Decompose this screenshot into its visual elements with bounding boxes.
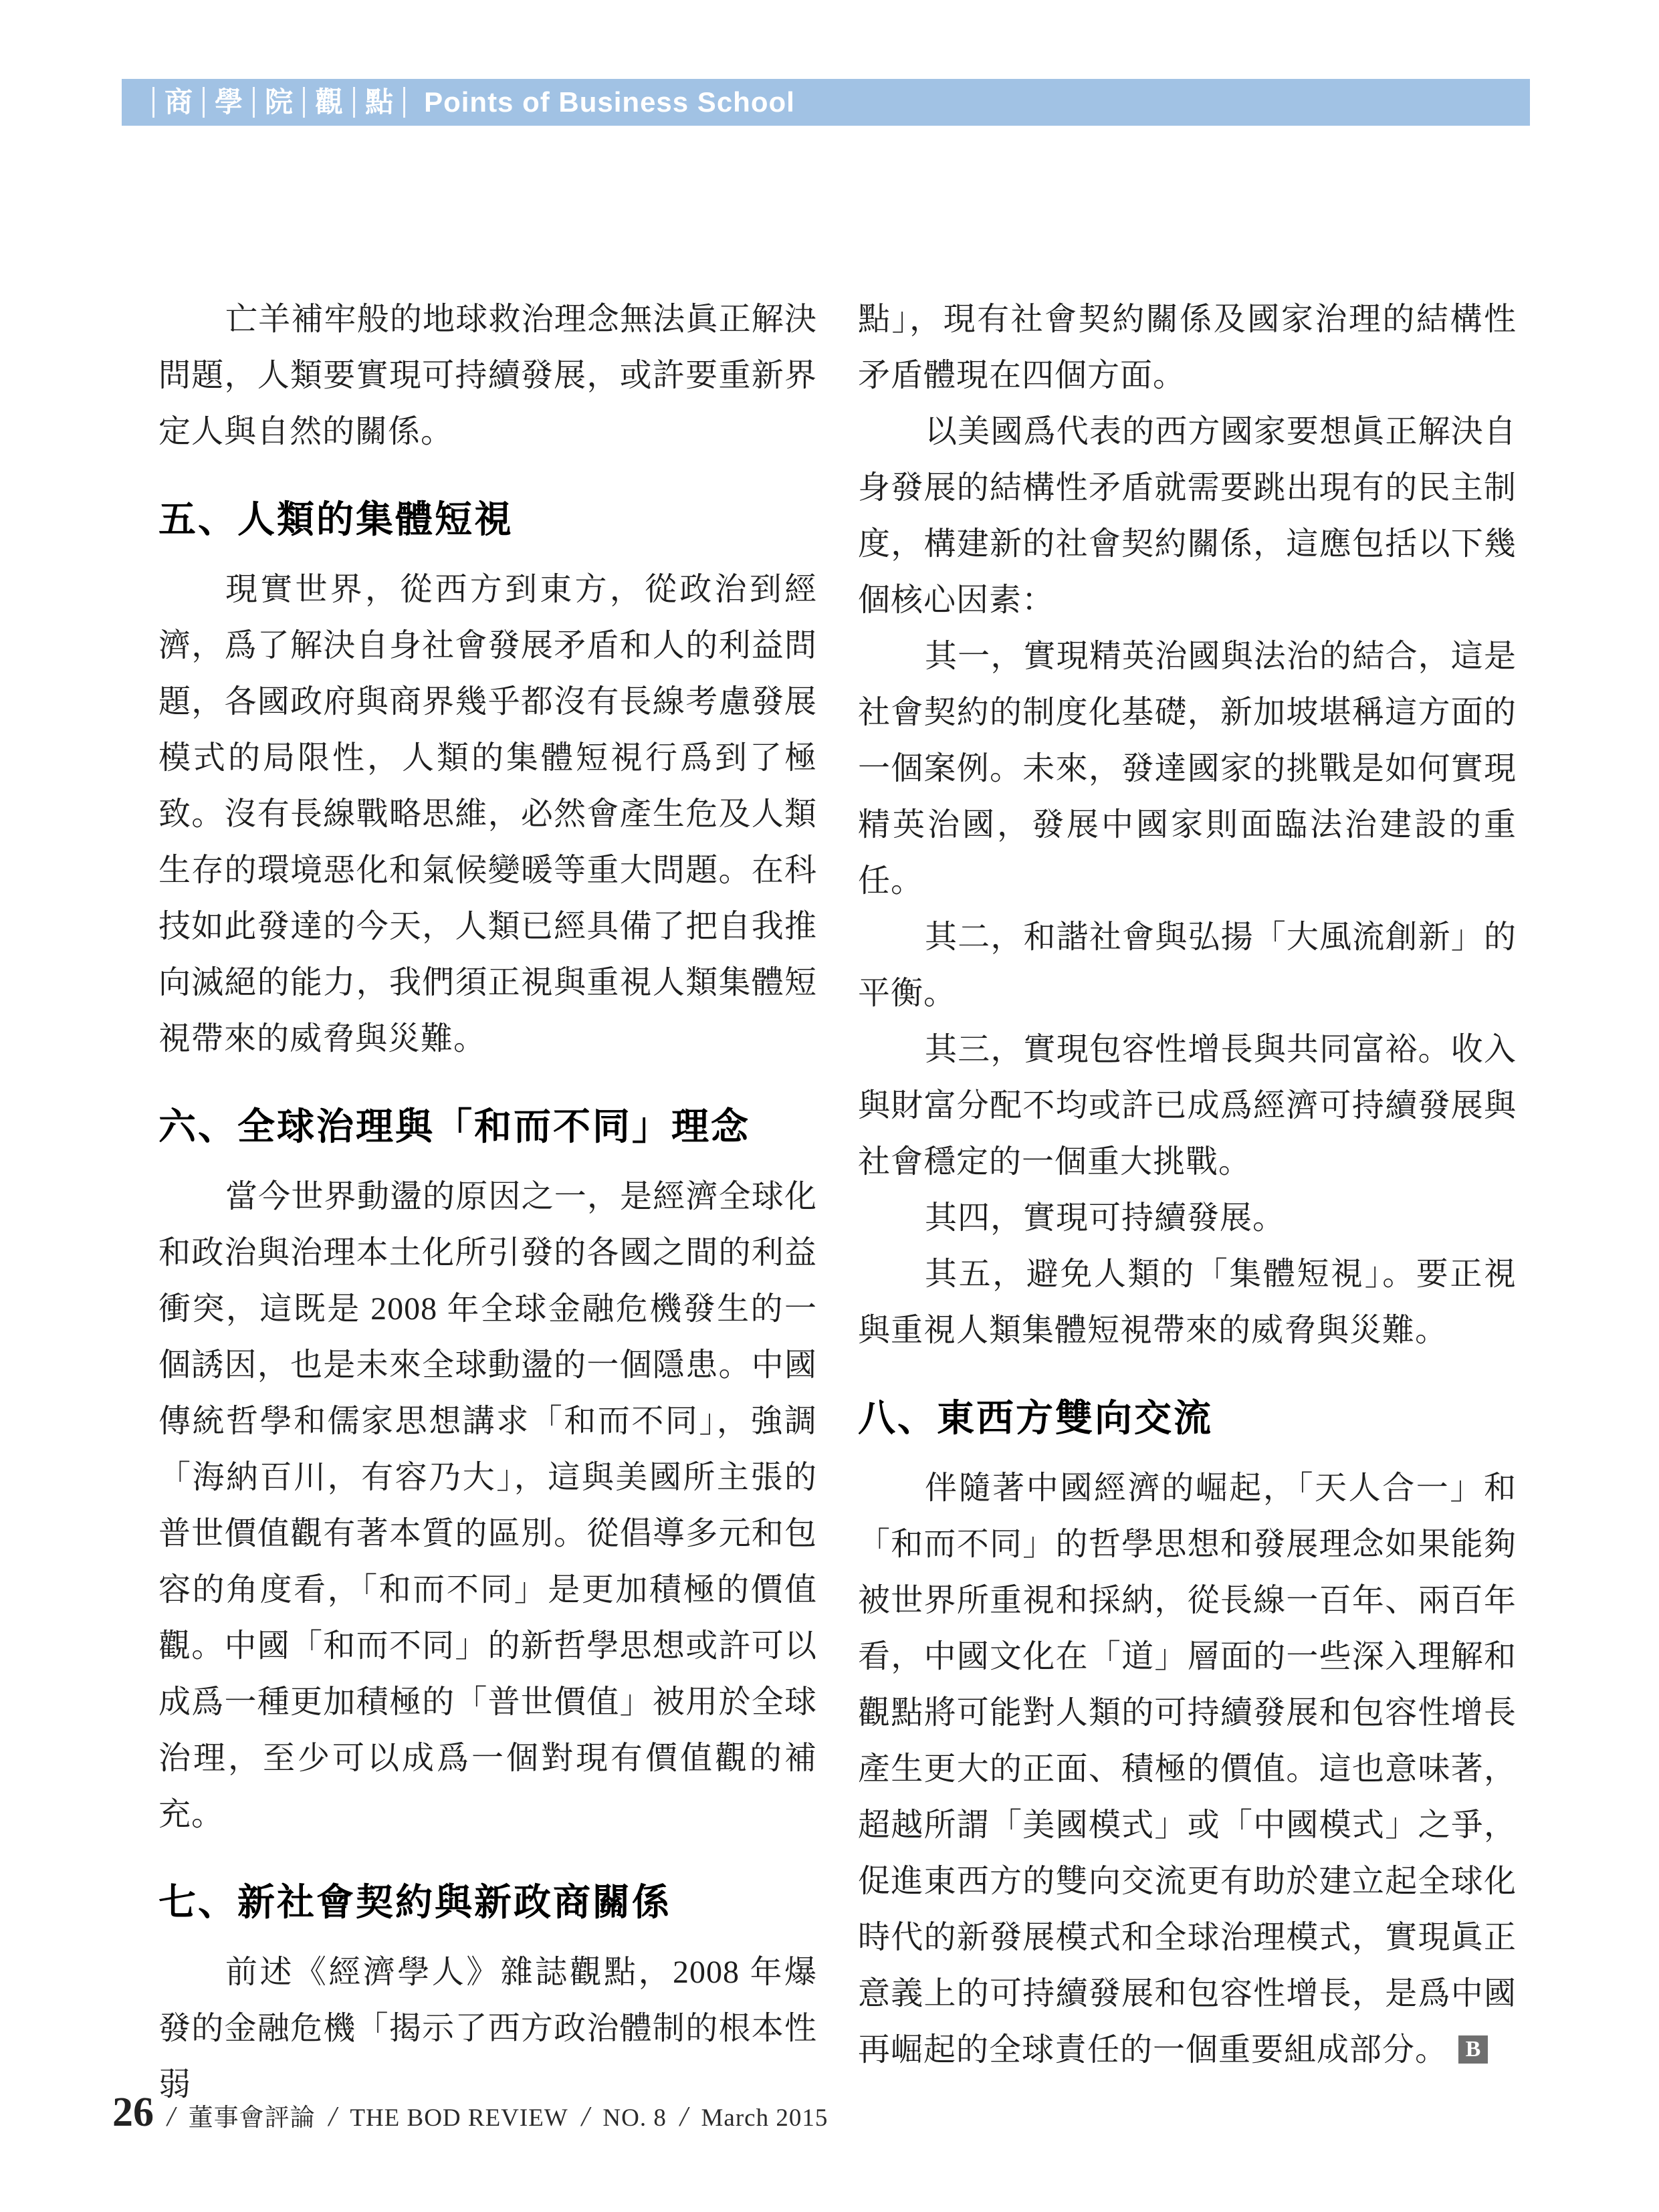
- paragraph-section-7-lead: 以美國爲代表的西方國家要想眞正解決自身發展的結構性矛盾就需要跳出現有的民主制度，…: [858, 404, 1517, 629]
- zh-title-char: 觀: [305, 79, 353, 126]
- footer-separator: /: [680, 2101, 688, 2133]
- zh-title-char: 商: [154, 79, 203, 126]
- paragraph-section-5: 現實世界，從西方到東方，從政治到經濟，爲了解決自身社會發展矛盾和人的利益問題，各…: [158, 562, 817, 1067]
- paragraph-point-1: 其一，實現精英治國與法治的結合，這是社會契約的制度化基礎，新加坡堪稱這方面的一個…: [858, 629, 1517, 909]
- issue-number: NO. 8: [602, 2104, 666, 2132]
- section-heading-6: 六、全球治理與「和而不同」理念: [158, 1106, 817, 1147]
- section-heading-8: 八、東西方雙向交流: [858, 1398, 1517, 1439]
- section-header-bar: 商 學 院 觀 點 Points of Business School: [122, 79, 1530, 126]
- paragraph-point-2: 其二，和諧社會與弘揚「大風流創新」的平衡。: [858, 909, 1517, 1022]
- zh-title-char: 院: [255, 79, 303, 126]
- issue-date: March 2015: [701, 2104, 828, 2132]
- article-left-column: 亡羊補牢般的地球救治理念無法眞正解決問題，人類要實現可持續發展，或許要重新界定人…: [158, 292, 817, 2113]
- paragraph-section-7: 前述《經濟學人》雜誌觀點，2008 年爆發的金融危機「揭示了西方政治體制的根本性…: [158, 1945, 817, 2113]
- section-heading-5: 五、人類的集體短視: [158, 499, 817, 540]
- footer-separator: /: [167, 2101, 175, 2133]
- paragraph-section-8: 伴隨著中國經濟的崛起，「天人合一」和「和而不同」的哲學思想和發展理念如果能夠被世…: [858, 1460, 1517, 2078]
- section-header-en-title: Points of Business School: [424, 86, 795, 118]
- page-footer: 26 / 董事會評論 / THE BOD REVIEW / NO. 8 / Ma…: [112, 2089, 828, 2136]
- paragraph-section-7-continued: 點」，現有社會契約關係及國家治理的結構性矛盾體現在四個方面。: [858, 292, 1517, 404]
- section-header-zh-title: 商 學 院 觀 點: [152, 79, 405, 126]
- paragraph-point-3: 其三，實現包容性增長與共同富裕。收入與財富分配不均或許已成爲經濟可持續發展與社會…: [858, 1022, 1517, 1190]
- article-right-column: 點」，現有社會契約關係及國家治理的結構性矛盾體現在四個方面。 以美國爲代表的西方…: [858, 292, 1517, 2078]
- page-number: 26: [112, 2089, 154, 2136]
- journal-title-en: THE BOD REVIEW: [350, 2104, 568, 2132]
- paragraph-point-4: 其四，實現可持續發展。: [858, 1190, 1517, 1246]
- vertical-divider: [403, 87, 405, 118]
- paragraph-point-5: 其五，避免人類的「集體短視」。要正視與重視人類集體短視帶來的威脅與災難。: [858, 1246, 1517, 1359]
- paragraph-intro: 亡羊補牢般的地球救治理念無法眞正解決問題，人類要實現可持續發展，或許要重新界定人…: [158, 292, 817, 460]
- footer-separator: /: [329, 2101, 337, 2133]
- paragraph-section-8-text: 伴隨著中國經濟的崛起，「天人合一」和「和而不同」的哲學思想和發展理念如果能夠被世…: [858, 1470, 1517, 2068]
- zh-title-char: 學: [205, 79, 253, 126]
- magazine-page: 商 學 院 觀 點 Points of Business School 亡羊補牢…: [0, 0, 1659, 2212]
- footer-separator: /: [582, 2101, 590, 2133]
- paragraph-section-6: 當今世界動盪的原因之一，是經濟全球化和政治與治理本土化所引發的各國之間的利益衝突…: [158, 1169, 817, 1843]
- section-heading-7: 七、新社會契約與新政商關係: [158, 1882, 817, 1923]
- journal-title-zh: 董事會評論: [189, 2097, 316, 2133]
- end-of-article-marker: B: [1458, 2035, 1488, 2064]
- zh-title-char: 點: [355, 79, 403, 126]
